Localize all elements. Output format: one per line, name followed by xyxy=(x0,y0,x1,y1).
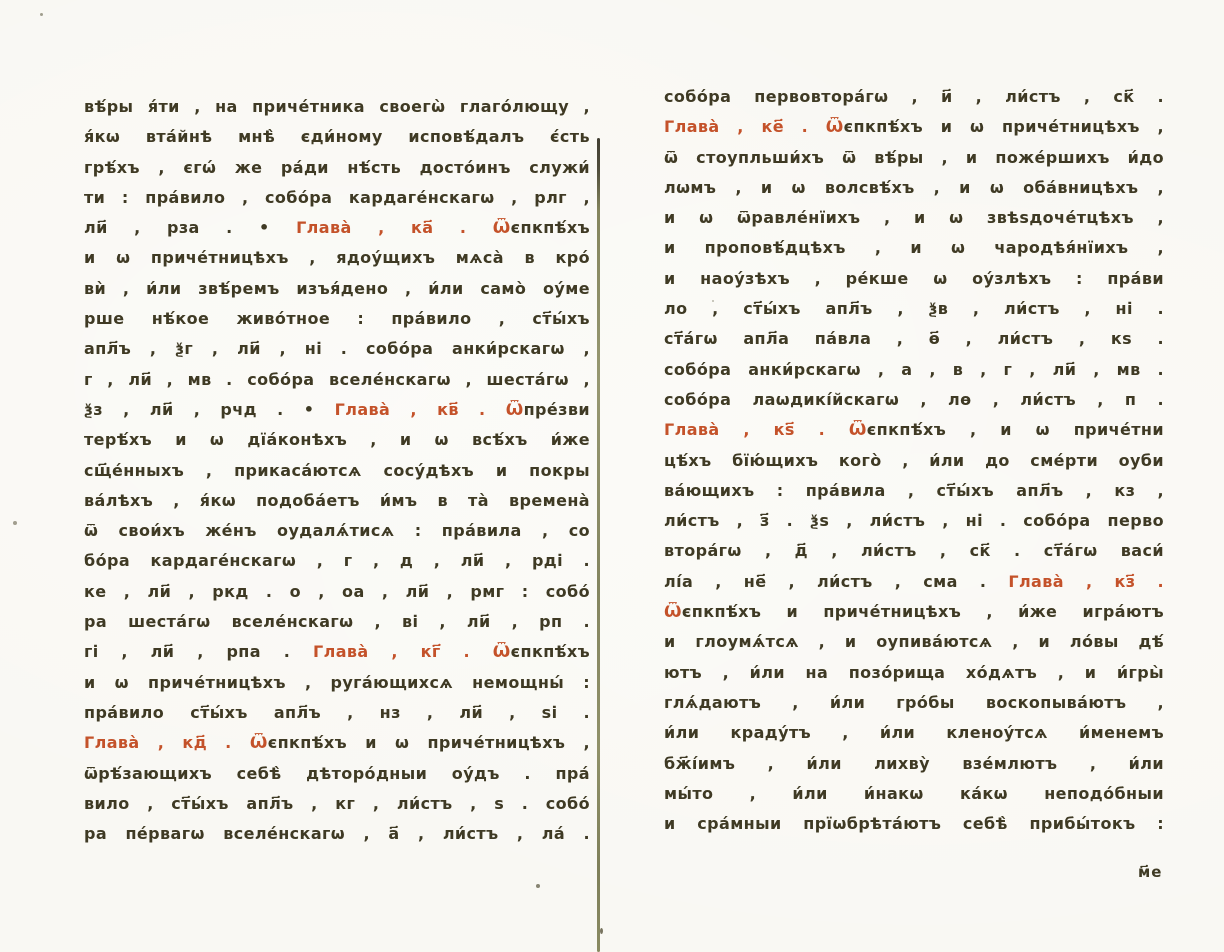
rubric-text-run: Глава̀ , кд҃ . xyxy=(84,733,250,752)
text-run: и́ли краду́тъ , и́ли кленоу́тсѧ и́менемъ xyxy=(664,723,1164,742)
text-run: ва́лѣхъ , я́кѡ подоба́етъ и́мъ в та̀ вре… xyxy=(84,491,590,510)
text-line-16: бо́ра кардаге́нскагѡ , г , д , ли҃ , рді… xyxy=(84,546,590,576)
text-run: я́кѡ вта́йнѣ мнѣ̀ єди́ному исповѣ́далъ є… xyxy=(84,127,590,146)
text-line-12: Глава̀ , кѕ҃ . Ѿєпкпѣ́хъ , и ѡ приче́тни xyxy=(664,415,1164,445)
text-run: єпкпѣ́хъ и приче́тницѣхъ , и́же игра́ютъ xyxy=(682,602,1164,621)
text-line-24: вило , ст҃ы́хъ апл҃ъ , кг , ли́стъ , ѕ .… xyxy=(84,789,590,819)
text-run: мы́то , и́ли и́накѡ ка́кѡ неподо́бныи xyxy=(664,784,1164,803)
text-run: терѣ́хъ и ѡ дїа́конѣхъ , и ѡ всѣ́хъ и́же xyxy=(84,430,590,449)
text-run: вѣ́ры я́ти , на приче́тника своегѡ̀ глаг… xyxy=(84,97,590,116)
text-line-23: ѿрѣ́зающихъ себѣ̀ дѣторо́дныи оу́дъ . пр… xyxy=(84,759,590,789)
text-run: и ѡ приче́тницѣхъ , руга́ющихсѧ немощны́… xyxy=(84,673,590,692)
text-run: ва́ющихъ : пра́вила , ст҃ы́хъ апл҃ъ , кз… xyxy=(664,481,1164,500)
text-line-16: втора́гѡ , д҃ , ли́стъ , ск҃ . ст҃а́гѡ в… xyxy=(664,536,1164,566)
rubric-text-run: Глава̀ , кѕ҃ . xyxy=(664,420,849,439)
rubric-text-run: Ѿ xyxy=(250,733,268,752)
text-line-10: собо́ра анки́рскагѡ , а , в , г , ли҃ , … xyxy=(664,355,1164,385)
text-line-7: вѝ , и́ли звѣ́ремъ изъя́дено , и́ли само… xyxy=(84,274,590,304)
text-run: г , ли҃ , мв . собо́ра вселе́нскагѡ , ше… xyxy=(84,370,590,389)
text-run: собо́ра лаѡдикі́йскагѡ , лѳ , ли́стъ , п… xyxy=(664,390,1164,409)
rubric-text-run: Ѿ xyxy=(493,642,511,661)
text-line-22: и́ли краду́тъ , и́ли кленоу́тсѧ и́менемъ xyxy=(664,718,1164,748)
book-binding-gutter xyxy=(597,138,600,952)
text-line-2: Глава̀ , ке҃ . Ѿєпкпѣ́хъ и ѡ приче́тницѣ… xyxy=(664,112,1164,142)
text-run: и проповѣ́дцѣхъ , и ѡ чародѣя́нїихъ , xyxy=(664,238,1164,257)
rubric-text-run: Глава̀ , кв҃ . xyxy=(335,400,506,419)
text-line-5: ли҃ , рза . • Глава̀ , ка҃ . Ѿєпкпѣ́хъ xyxy=(84,213,590,243)
rubric-text-run: Глава̀ , кз҃ . xyxy=(1008,572,1164,591)
rubric-text-run: Глава̀ , ка҃ . xyxy=(296,218,493,237)
text-line-12: терѣ́хъ и ѡ дїа́конѣхъ , и ѡ всѣ́хъ и́же xyxy=(84,425,590,455)
text-line-17: лі́а , не҃ , ли́стъ , сма . Глава̀ , кз҃… xyxy=(664,567,1164,597)
rubric-text-run: Глава̀ , кг҃ . xyxy=(313,642,493,661)
text-line-20: и ѡ приче́тницѣхъ , руга́ющихсѧ немощны́… xyxy=(84,668,590,698)
text-run: ѯз , ли҃ , рчд . • xyxy=(84,400,335,419)
text-run: и ѡ ѿравле́нїихъ , и ѡ звѣѕдоче́тцѣхъ , xyxy=(664,208,1164,227)
text-run: єпкпѣ́хъ , и ѡ приче́тни xyxy=(867,420,1164,439)
text-run: лі́а , не҃ , ли́стъ , сма . xyxy=(664,572,1008,591)
text-run: ра шеста́гѡ вселе́нскагѡ , ві , ли҃ , рп… xyxy=(84,612,590,631)
left-page-text-block: вѣ́ры я́ти , на приче́тника своегѡ̀ глаг… xyxy=(84,92,590,849)
text-run: цѣ́хъ бїю́щихъ кого̀ , и́ли до сме́рти о… xyxy=(664,451,1164,470)
text-line-3: ѿ стоупльши́хъ ѿ вѣ́ры , и поже́ршихъ и́… xyxy=(664,143,1164,173)
text-run: єпкпѣ́хъ и ѡ приче́тницѣхъ , xyxy=(844,117,1164,136)
text-line-9: апл҃ъ , ѯг , ли҃ , ні . собо́ра анки́рск… xyxy=(84,334,590,364)
text-line-13: цѣ́хъ бїю́щихъ кого̀ , и́ли до сме́рти о… xyxy=(664,446,1164,476)
text-line-2: я́кѡ вта́йнѣ мнѣ̀ єди́ному исповѣ́далъ є… xyxy=(84,122,590,152)
text-line-3: грѣ́хъ , єгѡ́ же ра́ди нѣ́сть досто́инъ … xyxy=(84,153,590,183)
text-line-21: пра́вило ст҃ы́хъ апл҃ъ , нз , ли҃ , ѕі . xyxy=(84,698,590,728)
text-run: єпкпѣ́хъ xyxy=(511,642,590,661)
ink-speck xyxy=(600,928,603,934)
text-run: гі , ли҃ , рпа . xyxy=(84,642,313,661)
rubric-text-run: Глава̀ , ке҃ . xyxy=(664,117,826,136)
text-line-5: и ѡ ѿравле́нїихъ , и ѡ звѣѕдоче́тцѣхъ , xyxy=(664,203,1164,233)
text-line-9: ст҃а́гѡ апл҃а па́вла , ѳ҃ , ли́стъ , кѕ … xyxy=(664,324,1164,354)
rubric-text-run: Ѿ xyxy=(664,602,682,621)
text-run: ра пе́рвагѡ вселе́нскагѡ , а҃ , ли́стъ ,… xyxy=(84,824,590,843)
rubric-text-run: Ѿ xyxy=(506,400,524,419)
text-line-18: ра шеста́гѡ вселе́нскагѡ , ві , ли҃ , рп… xyxy=(84,607,590,637)
text-line-8: рше нѣ́кое живо́тное : пра́вило , ст҃ы́х… xyxy=(84,304,590,334)
text-run: втора́гѡ , д҃ , ли́стъ , ск҃ . ст҃а́гѡ в… xyxy=(664,541,1164,560)
text-run: ло , ст҃ы́хъ апл҃ъ , ѯв , ли́стъ , ні . xyxy=(664,299,1164,318)
text-line-22: Глава̀ , кд҃ . Ѿєпкпѣ́хъ и ѡ приче́тницѣ… xyxy=(84,728,590,758)
text-line-14: ва́ющихъ : пра́вила , ст҃ы́хъ апл҃ъ , кз… xyxy=(664,476,1164,506)
text-line-19: и глоумѧ́тсѧ , и оупива́ютсѧ , и ло́вы д… xyxy=(664,627,1164,657)
text-run: апл҃ъ , ѯг , ли҃ , ні . собо́ра анки́рск… xyxy=(84,339,590,358)
text-line-1: вѣ́ры я́ти , на приче́тника своегѡ̀ глаг… xyxy=(84,92,590,122)
ink-speck xyxy=(13,521,17,525)
ink-speck xyxy=(40,13,43,16)
text-run: вило , ст҃ы́хъ апл҃ъ , кг , ли́стъ , ѕ .… xyxy=(84,794,590,813)
rubric-text-run: Ѿ xyxy=(493,218,511,237)
text-run: собо́ра анки́рскагѡ , а , в , г , ли҃ , … xyxy=(664,360,1164,379)
text-line-15: ли́стъ , з҃ . ѯѕ , ли́стъ , ні . собо́ра… xyxy=(664,506,1164,536)
rubric-text-run: Ѿ xyxy=(826,117,844,136)
text-run: собо́ра первовтора́гѡ , и҃ , ли́стъ , ск… xyxy=(664,87,1164,106)
text-line-17: ке , ли҃ , ркд . о , оа , ли҃ , рмг : со… xyxy=(84,577,590,607)
text-run: сщ҃е́нныхъ , прикаса́ютсѧ сосу́дѣхъ и по… xyxy=(84,461,590,480)
text-line-11: собо́ра лаѡдикі́йскагѡ , лѳ , ли́стъ , п… xyxy=(664,385,1164,415)
text-run: и наоу́зѣхъ , ре́кше ѡ оу́злѣхъ : пра́ви xyxy=(664,269,1164,288)
text-line-25: ра пе́рвагѡ вселе́нскагѡ , а҃ , ли́стъ ,… xyxy=(84,819,590,849)
text-run: пра́вило ст҃ы́хъ апл҃ъ , нз , ли҃ , ѕі . xyxy=(84,703,590,722)
text-run: єпкпѣ́хъ xyxy=(511,218,590,237)
text-run: и ѡ приче́тницѣхъ , ядоу́щихъ мѧса̀ в кр… xyxy=(84,248,590,267)
text-run: рше нѣ́кое живо́тное : пра́вило , ст҃ы́х… xyxy=(84,309,590,328)
text-run: ли҃ , рза . • xyxy=(84,218,296,237)
text-line-1: собо́ра первовтора́гѡ , и҃ , ли́стъ , ск… xyxy=(664,82,1164,112)
text-run: грѣ́хъ , єгѡ́ же ра́ди нѣ́сть досто́инъ … xyxy=(84,158,590,177)
text-run: ли́стъ , з҃ . ѯѕ , ли́стъ , ні . собо́ра… xyxy=(664,511,1164,530)
text-run: вѝ , и́ли звѣ́ремъ изъя́дено , и́ли само… xyxy=(84,279,590,298)
text-line-19: гі , ли҃ , рпа . Глава̀ , кг҃ . Ѿєпкпѣ́х… xyxy=(84,637,590,667)
text-line-7: и наоу́зѣхъ , ре́кше ѡ оу́злѣхъ : пра́ви xyxy=(664,264,1164,294)
text-line-6: и проповѣ́дцѣхъ , и ѡ чародѣя́нїихъ , xyxy=(664,233,1164,263)
text-line-13: сщ҃е́нныхъ , прикаса́ютсѧ сосу́дѣхъ и по… xyxy=(84,456,590,486)
text-run: ст҃а́гѡ апл҃а па́вла , ѳ҃ , ли́стъ , кѕ … xyxy=(664,329,1164,348)
text-line-4: лѡмъ , и ѡ волсвѣ́хъ , и ѡ оба́вницѣхъ , xyxy=(664,173,1164,203)
text-run: и глоумѧ́тсѧ , и оупива́ютсѧ , и ло́вы д… xyxy=(664,632,1164,651)
text-line-18: Ѿєпкпѣ́хъ и приче́тницѣхъ , и́же игра́ют… xyxy=(664,597,1164,627)
text-line-20: ютъ , и́ли на позо́рища хо́дѧтъ , и и́гр… xyxy=(664,658,1164,688)
right-page-text-block: собо́ра первовтора́гѡ , и҃ , ли́стъ , ск… xyxy=(664,82,1164,839)
ink-speck xyxy=(536,884,540,888)
text-line-11: ѯз , ли҃ , рчд . • Глава̀ , кв҃ . Ѿпре́з… xyxy=(84,395,590,425)
text-run: и сра́мныи прїѡбрѣта́ютъ себѣ̀ прибы́ток… xyxy=(664,814,1164,833)
text-run: ке , ли҃ , ркд . о , оа , ли҃ , рмг : со… xyxy=(84,582,590,601)
text-run: ѿрѣ́зающихъ себѣ̀ дѣторо́дныи оу́дъ . пр… xyxy=(84,764,590,783)
text-line-8: ло , ст҃ы́хъ апл҃ъ , ѯв , ли́стъ , ні . xyxy=(664,294,1164,324)
text-run: єпкпѣ́хъ и ѡ приче́тницѣхъ , xyxy=(268,733,590,752)
text-line-10: г , ли҃ , мв . собо́ра вселе́нскагѡ , ше… xyxy=(84,365,590,395)
rubric-text-run: Ѿ xyxy=(849,420,867,439)
text-run: ѿ стоупльши́хъ ѿ вѣ́ры , и поже́ршихъ и́… xyxy=(664,148,1164,167)
text-run: пре́зви xyxy=(524,400,590,419)
text-run: бж҃і́имъ , и́ли лихву̀ взе́млютъ , и́ли xyxy=(664,754,1164,773)
text-run: бо́ра кардаге́нскагѡ , г , д , ли҃ , рді… xyxy=(84,551,590,570)
text-run: лѡмъ , и ѡ волсвѣ́хъ , и ѡ оба́вницѣхъ , xyxy=(664,178,1164,197)
text-run: глѧ́даютъ , и́ли гро́бы воскопыва́ютъ , xyxy=(664,693,1164,712)
text-line-25: и сра́мныи прїѡбрѣта́ютъ себѣ̀ прибы́ток… xyxy=(664,809,1164,839)
text-line-24: мы́то , и́ли и́накѡ ка́кѡ неподо́бныи xyxy=(664,779,1164,809)
text-line-14: ва́лѣхъ , я́кѡ подоба́етъ и́мъ в та̀ вре… xyxy=(84,486,590,516)
text-line-4: ти : пра́вило , собо́ра кардаге́нскагѡ ,… xyxy=(84,183,590,213)
text-line-21: глѧ́даютъ , и́ли гро́бы воскопыва́ютъ , xyxy=(664,688,1164,718)
text-run: ютъ , и́ли на позо́рища хо́дѧтъ , и и́гр… xyxy=(664,663,1164,682)
text-line-6: и ѡ приче́тницѣхъ , ядоу́щихъ мѧса̀ в кр… xyxy=(84,243,590,273)
quire-signature: м҃е xyxy=(1138,863,1162,881)
text-run: ти : пра́вило , собо́ра кардаге́нскагѡ ,… xyxy=(84,188,590,207)
text-run: ѿ свои́хъ же́нъ оудалѧ́тисѧ : пра́вила ,… xyxy=(84,521,590,540)
text-line-23: бж҃і́имъ , и́ли лихву̀ взе́млютъ , и́ли xyxy=(664,749,1164,779)
text-line-15: ѿ свои́хъ же́нъ оудалѧ́тисѧ : пра́вила ,… xyxy=(84,516,590,546)
